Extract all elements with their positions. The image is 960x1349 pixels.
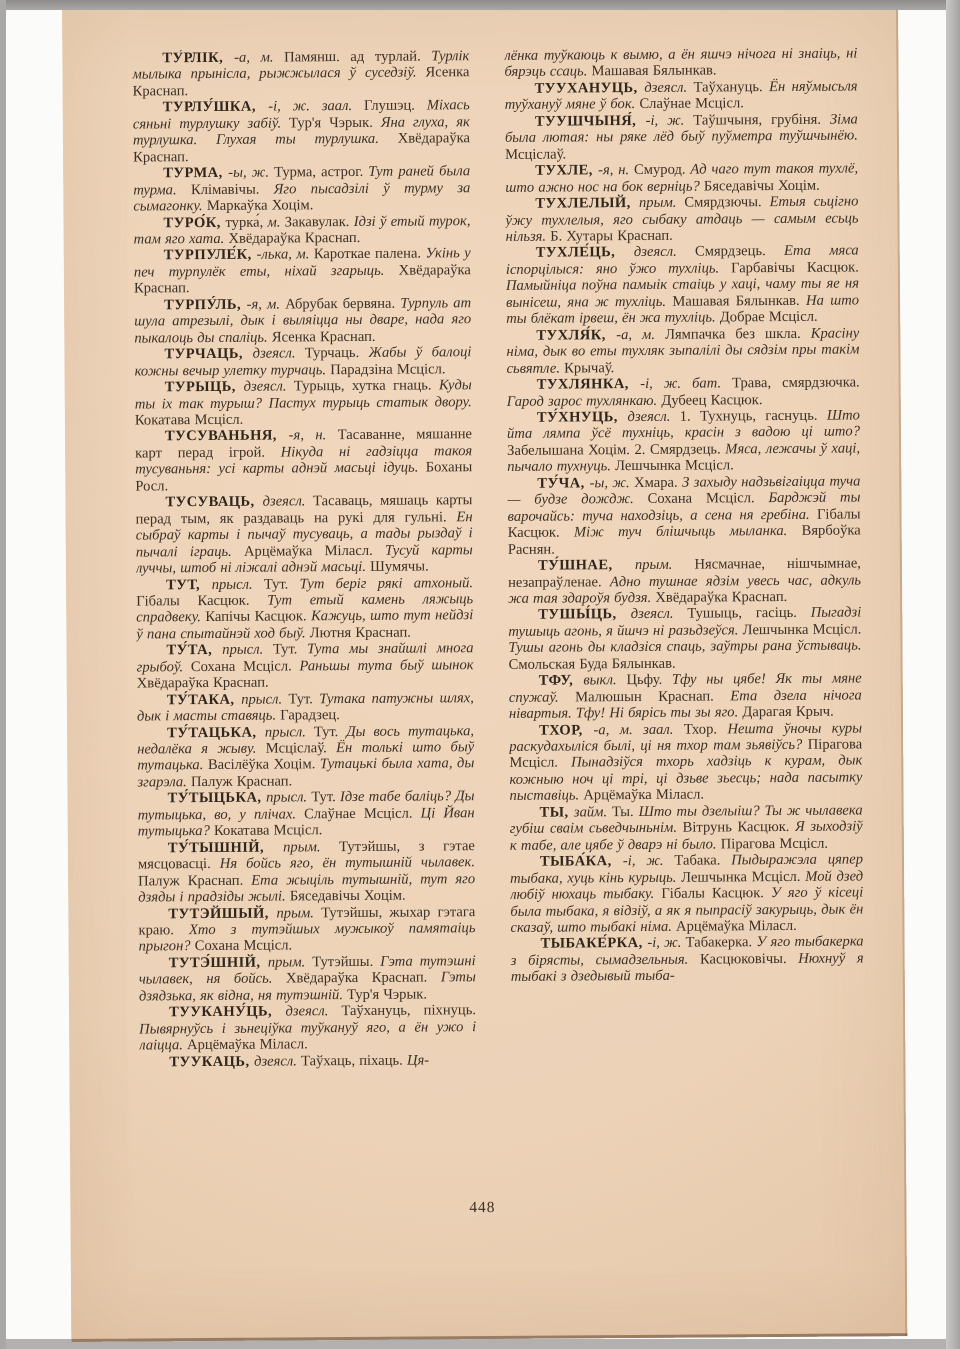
roman-segment: Тушыць, гасіць. [687, 605, 810, 622]
italic-segment: -я, м. [246, 296, 285, 312]
headword: ТУШЫ́ЦЬ, [538, 606, 631, 623]
scan-edge-left [0, 0, 6, 1349]
roman-segment: Сохана Мсцісл. [648, 490, 769, 507]
italic-segment: -і, ж. [646, 112, 694, 128]
dictionary-entry: ТУХЛЯНКА, -і, ж. бат. Трава, смярдзючка.… [507, 375, 860, 410]
roman-segment: Табакерка. [686, 935, 757, 951]
scan-edge-right [946, 0, 960, 1349]
italic-segment: м. [267, 214, 284, 230]
dictionary-entry: ТУХЛЕ, -я, н. Смурод. Ад чаго тут такоя … [505, 161, 858, 196]
roman-segment: Цьфу. [626, 672, 672, 688]
headword: ТУ́ШНАЕ, [538, 557, 635, 574]
roman-segment: Хмара. [634, 474, 682, 490]
roman-segment: Палуж Краснап. [191, 773, 292, 790]
roman-segment: Забелышана Хоцім. 2. Смярдзець. [507, 441, 725, 459]
roman-segment: Гібалы Касцюк. [136, 593, 267, 610]
headword: ТУХЛЕ́ЦЬ, [536, 244, 634, 261]
italic-segment: Ця- [407, 1052, 429, 1068]
roman-segment: Лешчынка Мсцісл. [681, 868, 805, 885]
italic-segment: дзеясл. [254, 1053, 301, 1069]
headword: ТУРО́К, [163, 214, 225, 230]
dictionary-entry: ТФУ, выкл. Цьфу. Тфу ны цябе! Як ты мяне… [509, 671, 862, 723]
headword: ТУСУВАНЬНЯ, [165, 428, 289, 445]
roman-segment: Трава, смярдзючка. [732, 375, 860, 392]
dictionary-entry: ТУ́ЧА, -ы, ж. Хмара. З захыду надзьвігаі… [507, 473, 861, 558]
dictionary-entry: ТУРЫЦЬ, дзеясл. Турыць, хутка гнаць. Куд… [135, 377, 472, 429]
roman-segment: Крычаў. [564, 360, 614, 376]
headword: ТУХЛЯ́К, [536, 327, 616, 344]
roman-segment: Малюшын Краснап. [575, 688, 730, 705]
italic-segment: прым. [639, 195, 685, 211]
roman-segment: Арцёмаўка Міласл. [244, 542, 385, 559]
roman-segment: Добрае Мсцісл. [720, 309, 818, 326]
italic-segment: -я, н. [289, 428, 338, 444]
roman-segment: Таўхануць, піхнуць. [341, 1002, 476, 1019]
roman-segment: Лямпачка без шкла. [665, 325, 811, 342]
italic-segment: -а, м. [616, 327, 665, 343]
headword: ТУ́ХНУЦЬ, [537, 409, 628, 426]
roman-segment: Слаўнае Мсцісл. [639, 96, 744, 113]
roman-segment: Хвёдараўка Краснап. [137, 675, 269, 692]
italic-segment: -ы, ж. [228, 165, 274, 181]
dictionary-entry: ТУ́ШНАЕ, прым. Нясмачнае, нішчымнае, нез… [508, 555, 861, 607]
page-number: 448 [442, 1199, 522, 1218]
dictionary-entry: ТУРПУ́ЛЬ, -я, м. Абрубак бервяна. Турпул… [134, 295, 471, 347]
roman-segment: Таўхануць. [693, 79, 769, 96]
dictionary-entry: ТУСУВАНЬНЯ, -я, н. Тасаванне, мяшанне ка… [135, 427, 472, 495]
roman-segment: Тур'я Чэрык. [347, 986, 427, 1003]
scan-background: ТУ́РЛІК, -а, м. Памянш. ад турлай. Турлі… [0, 0, 960, 1349]
roman-segment: Турыць, хутка гнаць. [294, 377, 439, 394]
roman-segment: Турма, астрог. [274, 164, 368, 181]
headword: ТУХЛЯНКА, [537, 376, 641, 393]
roman-segment: Васілёўка Хоцім. [208, 757, 320, 774]
italic-segment: дзеясл. [285, 1003, 341, 1019]
headword: ТУ́ТА, [166, 642, 222, 658]
italic-segment: Тут беріг рякі атхоный. [300, 575, 474, 592]
roman-segment: Тут. [264, 576, 300, 592]
roman-segment: Гарбавічы Касцюк. [731, 259, 859, 276]
headword: ТУРМА, [163, 165, 228, 181]
roman-segment: Лютня Краснап. [310, 624, 411, 641]
italic-segment: -і, ж. [647, 935, 685, 951]
roman-segment: Тут. [314, 724, 347, 740]
roman-segment: Лешчынка Мсцісл. [743, 621, 862, 638]
headword: ТУУХАНУЦЬ, [535, 80, 645, 97]
dictionary-entry: ТУ́РЛІК, -а, м. Памянш. ад турлай. Турлі… [132, 48, 469, 100]
roman-segment: Арцёмаўка Міласл. [676, 918, 797, 935]
roman-segment: Кароткае палена. [314, 246, 426, 263]
roman-segment: Ты. [612, 804, 639, 820]
headword: ТЫБА́КА, [540, 853, 623, 870]
dictionary-entry: ТУРЧАЦЬ, дзеясл. Турчаць. Жабы ў балоці … [134, 344, 471, 379]
italic-segment: Між туч блішчыць мыланка. [574, 523, 802, 541]
roman-segment: Смярдзець. [695, 243, 784, 260]
headword: ТУУКАЦЬ, [169, 1053, 254, 1070]
headword: ТУРПУ́ЛЬ, [164, 297, 247, 314]
italic-segment: Раньшы тута быў шынок [299, 657, 473, 674]
roman-segment: Кокатава Мсцісл. [214, 822, 322, 839]
roman-segment: Машавая Бялынкав. [672, 293, 806, 310]
dictionary-entry: ТЫБА́КА, -і, ж. Табака. Пыдыражэла цяпер… [510, 852, 864, 937]
headword: ТХОР, [539, 722, 594, 738]
italic-segment: прым. [268, 954, 313, 970]
left-column: ТУ́РЛІК, -а, м. Памянш. ад турлай. Турлі… [132, 48, 477, 1200]
roman-segment: Памянш. ад турлай. [284, 48, 431, 65]
dictionary-entry: ТХОР, -а, м. заал. Тхор. Нешта ўночы кур… [509, 720, 863, 805]
dictionary-entry: ТУТЭ́ШНІЙ, прым. Тутэйшы. Гэта тутэшні ч… [139, 953, 476, 1005]
roman-segment: Тутэйшы. [312, 954, 380, 970]
headword: ТУРЫЦЬ, [165, 379, 244, 396]
headword: ТУСУВАЦЬ, [165, 494, 262, 511]
dictionary-entry: ТУШЫ́ЦЬ, дзеясл. Тушыць, гасіць. Пыгадзі… [508, 605, 861, 673]
headword: ТУРПУЛЕ́К, [164, 247, 257, 264]
roman-segment: Дарагая Крыч. [742, 704, 833, 721]
italic-segment: дзеясл. [644, 79, 693, 95]
dictionary-entry: ТУ́ТА, прысл. Тут. Тута мы знайшлі многа… [136, 640, 473, 692]
italic-segment: прым. [283, 839, 339, 855]
headword: ТУ́ТЫЦЬКА, [167, 790, 266, 807]
dictionary-entry: ТУХЛЕ́ЦЬ, дзеясл. Смярдзець. Ета мяса іс… [506, 243, 860, 328]
italic-segment: -ы, ж. [589, 475, 634, 491]
roman-segment: Парадзіна Мсцісл. [330, 361, 445, 378]
dictionary-entry: ТУ́ТЫЦЬКА, прысл. Тут. Ідзе табе баліць?… [137, 789, 474, 841]
roman-segment: 1. Тухнуць, гаснуць. [680, 408, 827, 425]
dictionary-entry: ТУ́ТАКА, прысл. Тут. Тутака патужны шлях… [137, 690, 474, 725]
dictionary-entry: ТУРО́К, турка́, м. Закавулак. Ідзі ў еты… [133, 213, 470, 248]
roman-segment: Хвёдараўка Краснап. [228, 230, 360, 247]
italic-segment: -і, ж. [623, 853, 675, 869]
dictionary-entry: ТЫБАКЕ́РКА, -і, ж. Табакерка. У яго тыба… [511, 934, 864, 986]
right-column: лёнка туўкаюць к вымю, а ён яшчэ нічога … [504, 45, 865, 1213]
dictionary-entry: ТУРМА, -ы, ж. Турма, астрог. Тут раней б… [133, 163, 470, 215]
italic-segment: -і, ж. заал. [268, 98, 364, 115]
italic-segment: дзеясл. [244, 378, 294, 394]
roman-segment: Палуж Краснап. [138, 872, 251, 889]
headword: ТУТЭ́ШНІЙ, [169, 955, 268, 972]
headword: ТУУШЧЫНЯ́, [535, 113, 646, 130]
roman-segment: Дубеец Касцюк. [661, 392, 762, 409]
italic-segment: прым. [635, 557, 695, 573]
headword: ТУ́ТЫШНІЙ, [168, 839, 283, 856]
roman-segment: Турчаць. [305, 345, 369, 361]
roman-segment: Тут. [288, 691, 319, 707]
dictionary-entry: ТУРПУЛЕ́К, -лька, м. Кароткае палена. Ук… [134, 246, 471, 298]
headword: ТУРЧАЦЬ, [164, 346, 252, 363]
roman-segment: Сохана Мсцісл. [195, 938, 293, 955]
roman-segment: Мсціслаў. [266, 740, 337, 756]
italic-segment: -я, н. [598, 162, 634, 178]
headword: ТУ́ТАЦЬКА, [167, 724, 265, 741]
roman-segment: Шумячы. [370, 559, 429, 575]
headword: ТУУКАНУ́ЦЬ, [169, 1004, 286, 1021]
dictionary-entry: ТУХЛЯ́К, -а, м. Лямпачка без шкла. Красі… [506, 325, 859, 377]
roman-segment: Бяседавічы Хоцім. [704, 177, 820, 194]
italic-segment: прысл. [241, 691, 288, 707]
roman-segment: Маркаўка Хоцім. [207, 197, 314, 214]
roman-segment: Слаўнае Мсцісл. [304, 805, 421, 822]
italic-segment: прысл. [265, 724, 314, 740]
dictionary-entry: ТУРЛУ́ШКА, -і, ж. заал. Глушэц. Міхась с… [133, 98, 470, 166]
roman-segment: Смярдзючы. [684, 194, 769, 211]
headword: ТЫ, [540, 804, 574, 820]
italic-segment: дзеясл. [253, 345, 305, 361]
roman-segment: Арцёмаўка Міласл. [187, 1036, 308, 1053]
entry-continuation: лёнка туўкаюць к вымю, а ён яшчэ нічога … [504, 45, 857, 80]
italic-segment: -а, м. [234, 49, 284, 65]
dictionary-entry: ТУТЭЙШЫЙ, прым. Тутэйшы, жыхар гэтага кр… [138, 904, 475, 956]
italic-segment: прысл. [212, 576, 264, 592]
italic-segment: -а, м. заал. [593, 721, 683, 738]
dictionary-entry: ТУУКАНУ́ЦЬ, дзеясл. Таўхануць, піхнуць. … [139, 1002, 476, 1054]
roman-segment: Клімавічы. [191, 181, 274, 198]
italic-segment: дзеясл. [634, 244, 695, 260]
italic-segment: дзеясл. [631, 606, 688, 622]
roman-segment: Тхор. [684, 721, 728, 737]
italic-segment: Тушы агонь ды кладзіся спаць, заўтры ран… [508, 638, 861, 656]
dictionary-entry: ТУУКАЦЬ, дзеясл. Таўхаць, піхаць. Ця- [139, 1052, 476, 1071]
roman-segment: Касцюковічы. [700, 951, 798, 968]
roman-segment: Закавулак. [285, 214, 354, 230]
roman-segment: Смольская Буда Бялынкав. [509, 655, 676, 672]
dictionary-entry: ТУ́ТАЦЬКА, прысл. Тут. Ды вось тутацька,… [137, 723, 474, 791]
italic-segment: прым. [276, 905, 321, 921]
dictionary-entry: ТЫ, займ. Ты. Што ты дзелыіш? Ты ж чылав… [510, 802, 863, 854]
italic-segment: прысл. [222, 642, 273, 658]
roman-segment: Тут. [273, 642, 307, 658]
roman-segment: Абрубак бервяна. [285, 295, 400, 312]
italic-segment: займ. [574, 804, 612, 820]
roman-segment: турка́, [225, 214, 267, 230]
italic-segment: дзеясл. [627, 409, 679, 425]
roman-segment: Вітрунь Касцюк. [683, 819, 796, 836]
italic-segment: Ня бойсь яго, ён тутышній чылавек. [220, 854, 475, 872]
dictionary-entry: ТУУХАНУЦЬ, дзеясл. Таўхануць. Ён няўмысь… [505, 78, 858, 113]
dictionary-entry: ТУХЛЕЛЫЙ, прым. Смярдзючы. Етыя сьцігно … [505, 194, 858, 246]
headword: ТУХЛЕЛЫЙ, [535, 195, 639, 212]
scan-edge-top [0, 0, 960, 10]
roman-segment: Сохана Мсцісл. [191, 658, 300, 675]
dictionary-page: ТУ́РЛІК, -а, м. Памянш. ад турлай. Турлі… [62, 0, 907, 1342]
roman-segment: Б. Хутары Краснап. [550, 228, 673, 245]
roman-segment: Мсціслаў. [505, 146, 566, 162]
roman-segment: Лешчынка Мсцісл. [615, 458, 734, 475]
roman-segment: Машавая Бялынкав. [591, 63, 716, 80]
headword: ТУ́РЛІК, [162, 50, 234, 67]
italic-segment: -лька, м. [257, 247, 314, 263]
headword: ТУТЭЙШЫЙ, [168, 905, 276, 922]
headword: ТУ́ТАКА, [167, 691, 241, 708]
headword: ТУРЛУ́ШКА, [163, 99, 269, 116]
roman-segment: Тур'я Чэрык. [289, 115, 381, 132]
italic-segment: Хто з тутэйшых мужыкоў памятаіць прыгон? [139, 920, 476, 955]
roman-segment: Табака. [674, 853, 731, 869]
roman-segment: Хвёдараўка Краснап. [286, 970, 441, 987]
dictionary-entry: ТУСУВАЦЬ, дзеясл. Тасаваць, мяшаць карты… [135, 492, 473, 577]
roman-segment: Бяседавічы Хоцім. [290, 888, 406, 905]
roman-segment: Капічы Касцюк. [205, 609, 311, 626]
roman-segment: Таўхаць, піхаць. [301, 1052, 407, 1069]
dictionary-entry: ТУУШЧЫНЯ́, -і, ж. Таўшчыня, грубіня. Зім… [505, 111, 858, 163]
headword: ТЫБАКЕ́РКА, [541, 935, 648, 952]
headword: ТФУ, [539, 673, 584, 689]
italic-segment: Гарод зарос тухлянкаю. [507, 392, 662, 409]
headword: ТУХЛЕ, [535, 162, 598, 178]
roman-segment: Арцёмаўка Міласл. [583, 787, 704, 804]
roman-segment: Таўшчыня, грубіня. [693, 111, 830, 128]
italic-segment: выкл. [583, 672, 626, 688]
roman-segment: Ясенка Краснап. [272, 329, 376, 346]
roman-segment: Кокатава Мсцісл. [135, 412, 243, 429]
dictionary-entry: ТУ́ТЫШНІЙ, прым. Тутэйшы, з гэтае мясцов… [138, 838, 475, 906]
roman-segment: Хвёдараўка Краснап. [655, 589, 787, 606]
italic-segment: дзеясл. [263, 493, 314, 509]
headword: ТУТ, [166, 576, 212, 592]
roman-segment: Тут. [311, 789, 340, 805]
italic-segment: прысл. [266, 790, 311, 806]
roman-segment: Смурод. [634, 162, 690, 178]
italic-segment: -і, ж. бат. [640, 375, 732, 392]
roman-segment: Гібалы Касцюк. [661, 885, 771, 902]
roman-segment: Пірагова Мсцісл. [721, 835, 828, 852]
roman-segment: Гарадзец. [280, 707, 340, 723]
roman-segment: Глушэц. [364, 98, 427, 114]
dictionary-entry: ТУТ, прысл. Тут. Тут беріг рякі атхоный.… [136, 575, 473, 643]
headword: ТУ́ЧА, [537, 475, 589, 491]
dictionary-entry: ТУ́ХНУЦЬ, дзеясл. 1. Тухнуць, гаснуць. Ш… [507, 407, 860, 475]
